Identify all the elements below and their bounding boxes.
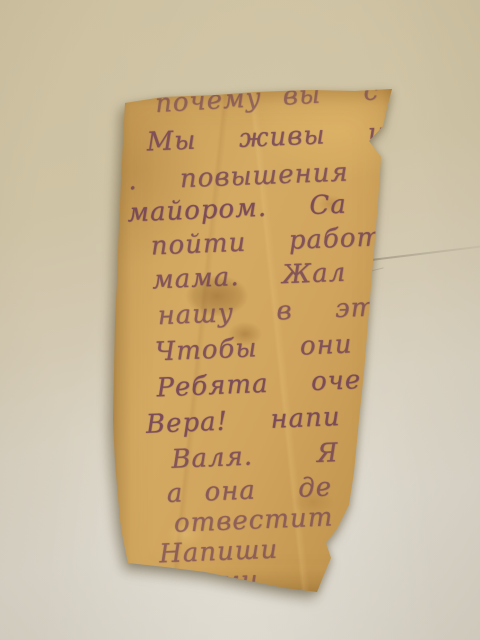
- photo-of-old-letter: почему вы с Мы живы и . повышения в майо…: [0, 0, 480, 640]
- torn-letter-paper: почему вы с Мы живы и . повышения в майо…: [105, 82, 400, 602]
- handwriting-line: Ребята оче: [156, 365, 362, 403]
- handwriting-line: почему вы с: [154, 76, 380, 119]
- handwriting-line: мама. Жал: [152, 258, 347, 296]
- handwriting-line: Чтобы они: [154, 329, 353, 367]
- handwriting-line: майором. Са: [127, 190, 348, 229]
- handwriting-line: Валя. Я: [171, 438, 340, 475]
- handwriting-line: Мы живы и: [146, 118, 386, 158]
- handwriting-line: сами.: [186, 565, 269, 598]
- handwriting-line: нашу в эт: [157, 292, 377, 331]
- letter-paper-shadow: почему вы с Мы живы и . повышения в майо…: [105, 82, 400, 602]
- handwriting-text: почему вы с Мы живы и . повышения в майо…: [104, 71, 420, 602]
- handwriting-line: Напиши: [159, 535, 279, 570]
- handwriting-line: пойти работ: [150, 222, 382, 261]
- handwriting-line: . повышения в: [128, 155, 408, 196]
- handwriting-line: отвестит: [173, 502, 334, 538]
- handwriting-line: Вера! напи: [145, 402, 341, 440]
